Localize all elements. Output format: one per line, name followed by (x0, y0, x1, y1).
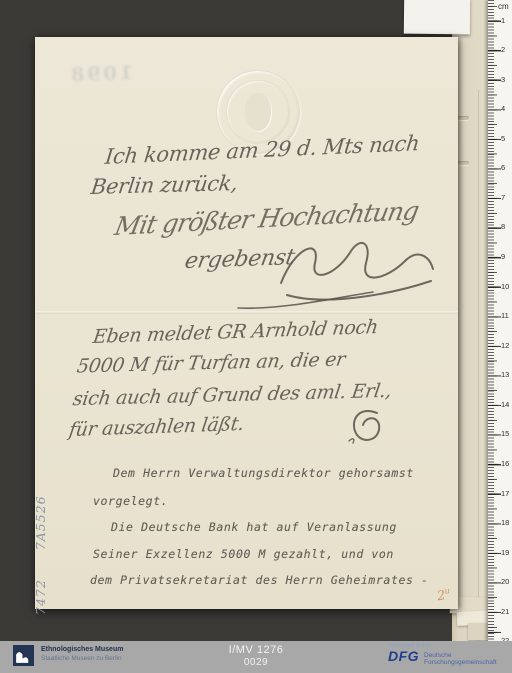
handwriting-line: Eben meldet GR Arnhold noch (92, 316, 380, 348)
ruler-number: 14 (501, 401, 509, 409)
ruler-number: 3 (501, 76, 505, 84)
ruler-number: 8 (501, 223, 505, 231)
signature-underline-swash (235, 289, 377, 313)
typewritten-line: dem Privatsekretariat des Herrn Geheimra… (90, 573, 429, 587)
dfg-logo: DFG (388, 649, 419, 663)
shelfmark-number: 7A5526 (33, 495, 48, 550)
ruler-number: 5 (501, 135, 505, 143)
ruler-number: 15 (501, 430, 509, 438)
stack-crease (478, 90, 479, 641)
ruler-number: 9 (501, 253, 505, 261)
ruler-number: 7 (501, 194, 505, 202)
ruler-number: 10 (501, 283, 509, 291)
measurement-ruler: cm 12345678910111213141516171819202122 (488, 0, 512, 641)
ruler-number: 11 (501, 312, 509, 320)
bleedthrough-stamp: 1098 (68, 62, 134, 86)
ruler-number: 19 (501, 549, 509, 557)
handwriting-line: für auszahlen läßt. (67, 413, 245, 441)
handwriting-line: Berlin zurück, (89, 171, 239, 199)
paper-fragment (404, 0, 470, 34)
ruler-number: 20 (501, 578, 509, 586)
dfg-org-name: Deutsche Forschungsgemeinschaft (424, 652, 497, 666)
ruler-number: 18 (501, 519, 509, 527)
corner-pencil-mark: 2u (436, 586, 452, 604)
typewritten-line: Seiner Exzellenz 5000 M gezahlt, und von (93, 547, 394, 561)
ruler-number: 21 (501, 608, 509, 616)
typewritten-line: Die Deutsche Bank hat auf Veranlassung (111, 520, 397, 534)
eagle-emblem-icon (245, 93, 271, 131)
handwriting-line: 5000 M für Turfan an, die er (75, 348, 346, 377)
ruler-number: 1 (501, 17, 505, 25)
ruler-number: 16 (501, 460, 509, 468)
typewritten-line: Dem Herrn Verwaltungsdirektor gehorsamst (113, 466, 414, 480)
ruler-number: 13 (501, 371, 509, 379)
ruler-number: 17 (501, 490, 509, 498)
monogram-flourish (343, 403, 391, 451)
corner-mark-superscript: u (444, 586, 451, 596)
document-page: 1098 Ich komme am 29 d. Mts nach Berlin … (35, 37, 458, 609)
ruler-unit-label: cm (498, 2, 509, 11)
image-footer-band: Ethnologisches Museum Staatliche Museen … (0, 641, 512, 673)
ruler-number: 12 (501, 342, 509, 350)
ruler-cm-ticks (488, 0, 501, 641)
dfg-org-line1: Deutsche (424, 652, 497, 659)
archival-scan-photo: cm 12345678910111213141516171819202122 1… (0, 0, 512, 673)
ruler-number: 6 (501, 164, 505, 172)
margin-shelfmark: 7472 7A5526 (33, 495, 48, 615)
typewritten-line: vorgelegt. (93, 494, 168, 508)
ruler-number: 2 (501, 46, 505, 54)
dfg-org-line2: Forschungsgemeinschaft (424, 659, 497, 666)
shelfmark-number: 7472 (33, 579, 48, 615)
ruler-number: 4 (501, 105, 505, 113)
